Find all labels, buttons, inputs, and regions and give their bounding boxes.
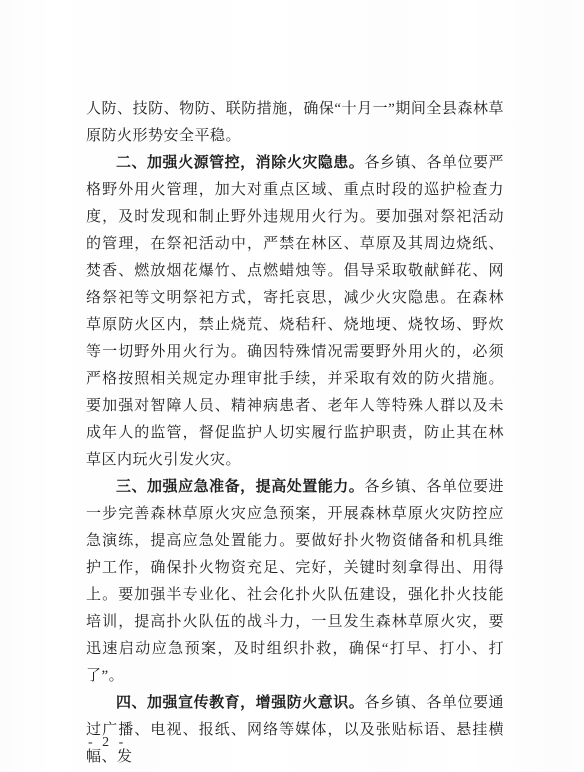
paragraph-continuation: 人防、技防、物防、联防措施，确保“十月一”期间全县森林草原防火形势安全平稳。 [86, 96, 504, 150]
section-4-heading: 四、加强宣传教育，增强防火意识。 [116, 695, 364, 711]
paragraph-text: 各乡镇、各单位要严格野外用火管理，加大对重点区域、重点时段的巡护检查力度，及时发… [86, 155, 504, 468]
page-number: - 2 - [88, 735, 126, 751]
paragraph-text: 各乡镇、各单位要进一步完善森林草原火灾应急预案，开展森林草原火灾防控应急演练，提… [86, 479, 504, 684]
paragraph-section-3: 三、加强应急准备，提高处置能力。各乡镇、各单位要进一步完善森林草原火灾应急预案，… [86, 474, 504, 690]
paragraph-text: 人防、技防、物防、联防措施，确保“十月一”期间全县森林草原防火形势安全平稳。 [86, 101, 504, 144]
paragraph-section-2: 二、加强火源管控，消除火灾隐患。各乡镇、各单位要严格野外用火管理，加大对重点区域… [86, 150, 504, 474]
section-2-heading: 二、加强火源管控，消除火灾隐患。 [116, 155, 364, 171]
document-page: 人防、技防、物防、联防措施，确保“十月一”期间全县森林草原防火形势安全平稳。 二… [0, 0, 584, 772]
paragraph-section-4: 四、加强宣传教育，增强防火意识。各乡镇、各单位要通过广播、电视、报纸、网络等媒体… [86, 690, 504, 771]
section-3-heading: 三、加强应急准备，提高处置能力。 [116, 479, 364, 495]
document-body: 人防、技防、物防、联防措施，确保“十月一”期间全县森林草原防火形势安全平稳。 二… [86, 96, 504, 771]
